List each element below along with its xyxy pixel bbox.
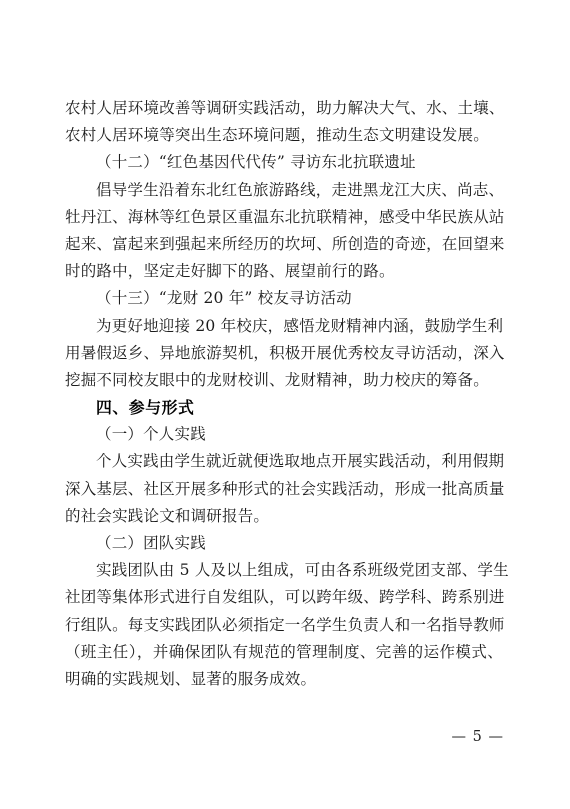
paragraph-line: 的社会实践论文和调研报告。 xyxy=(65,503,503,530)
page-number: — 5 — xyxy=(452,728,504,746)
subsection-heading-team-practice: （二）团队实践 xyxy=(65,530,503,557)
subsection-heading-individual-practice: （一）个人实践 xyxy=(65,421,503,448)
document-body: 农村人居环境改善等调研实践活动，助力解决大气、水、土壤、 农村人居环境等突出生态… xyxy=(65,95,503,693)
section-heading-participation-forms: 四、参与形式 xyxy=(65,394,503,421)
paragraph-line: 农村人居环境等突出生态环境问题，推动生态文明建设发展。 xyxy=(65,122,503,149)
document-page: 农村人居环境改善等调研实践活动，助力解决大气、水、土壤、 农村人居环境等突出生态… xyxy=(0,0,570,809)
paragraph-line: 为更好地迎接 20 年校庆，感悟龙财精神内涵，鼓励学生利 xyxy=(65,313,503,340)
paragraph-line: 深入基层、社区开展多种形式的社会实践活动，形成一批高质量 xyxy=(65,476,503,503)
section-heading-13: （十三）“龙财 20 年” 校友寻访活动 xyxy=(65,285,503,312)
paragraph-line: 起来、富起来到强起来所经历的坎坷、所创造的奇迹，在回望来 xyxy=(65,231,503,258)
section-heading-12: （十二）“红色基因代代传” 寻访东北抗联遗址 xyxy=(65,149,503,176)
paragraph-line: 挖掘不同校友眼中的龙财校训、龙财精神，助力校庆的筹备。 xyxy=(65,367,503,394)
paragraph-line: 明确的实践规划、显著的服务成效。 xyxy=(65,666,503,693)
paragraph-line: 个人实践由学生就近就便选取地点开展实践活动，利用假期 xyxy=(65,448,503,475)
paragraph-line: 时的路中，坚定走好脚下的路、展望前行的路。 xyxy=(65,258,503,285)
paragraph-line: 倡导学生沿着东北红色旅游路线，走进黑龙江大庆、尚志、 xyxy=(65,177,503,204)
paragraph-line: 用暑假返乡、异地旅游契机，积极开展优秀校友寻访活动，深入 xyxy=(65,340,503,367)
paragraph-line: 社团等集体形式进行自发组队，可以跨年级、跨学科、跨系别进 xyxy=(65,584,503,611)
paragraph-line: （班主任），并确保团队有规范的管理制度、完善的运作模式、 xyxy=(65,639,503,666)
paragraph-line: 农村人居环境改善等调研实践活动，助力解决大气、水、土壤、 xyxy=(65,95,503,122)
paragraph-line: 实践团队由 5 人及以上组成，可由各系班级党团支部、学生 xyxy=(65,557,503,584)
paragraph-line: 牡丹江、海林等红色景区重温东北抗联精神，感受中华民族从站 xyxy=(65,204,503,231)
paragraph-line: 行组队。每支实践团队必须指定一名学生负责人和一名指导教师 xyxy=(65,612,503,639)
